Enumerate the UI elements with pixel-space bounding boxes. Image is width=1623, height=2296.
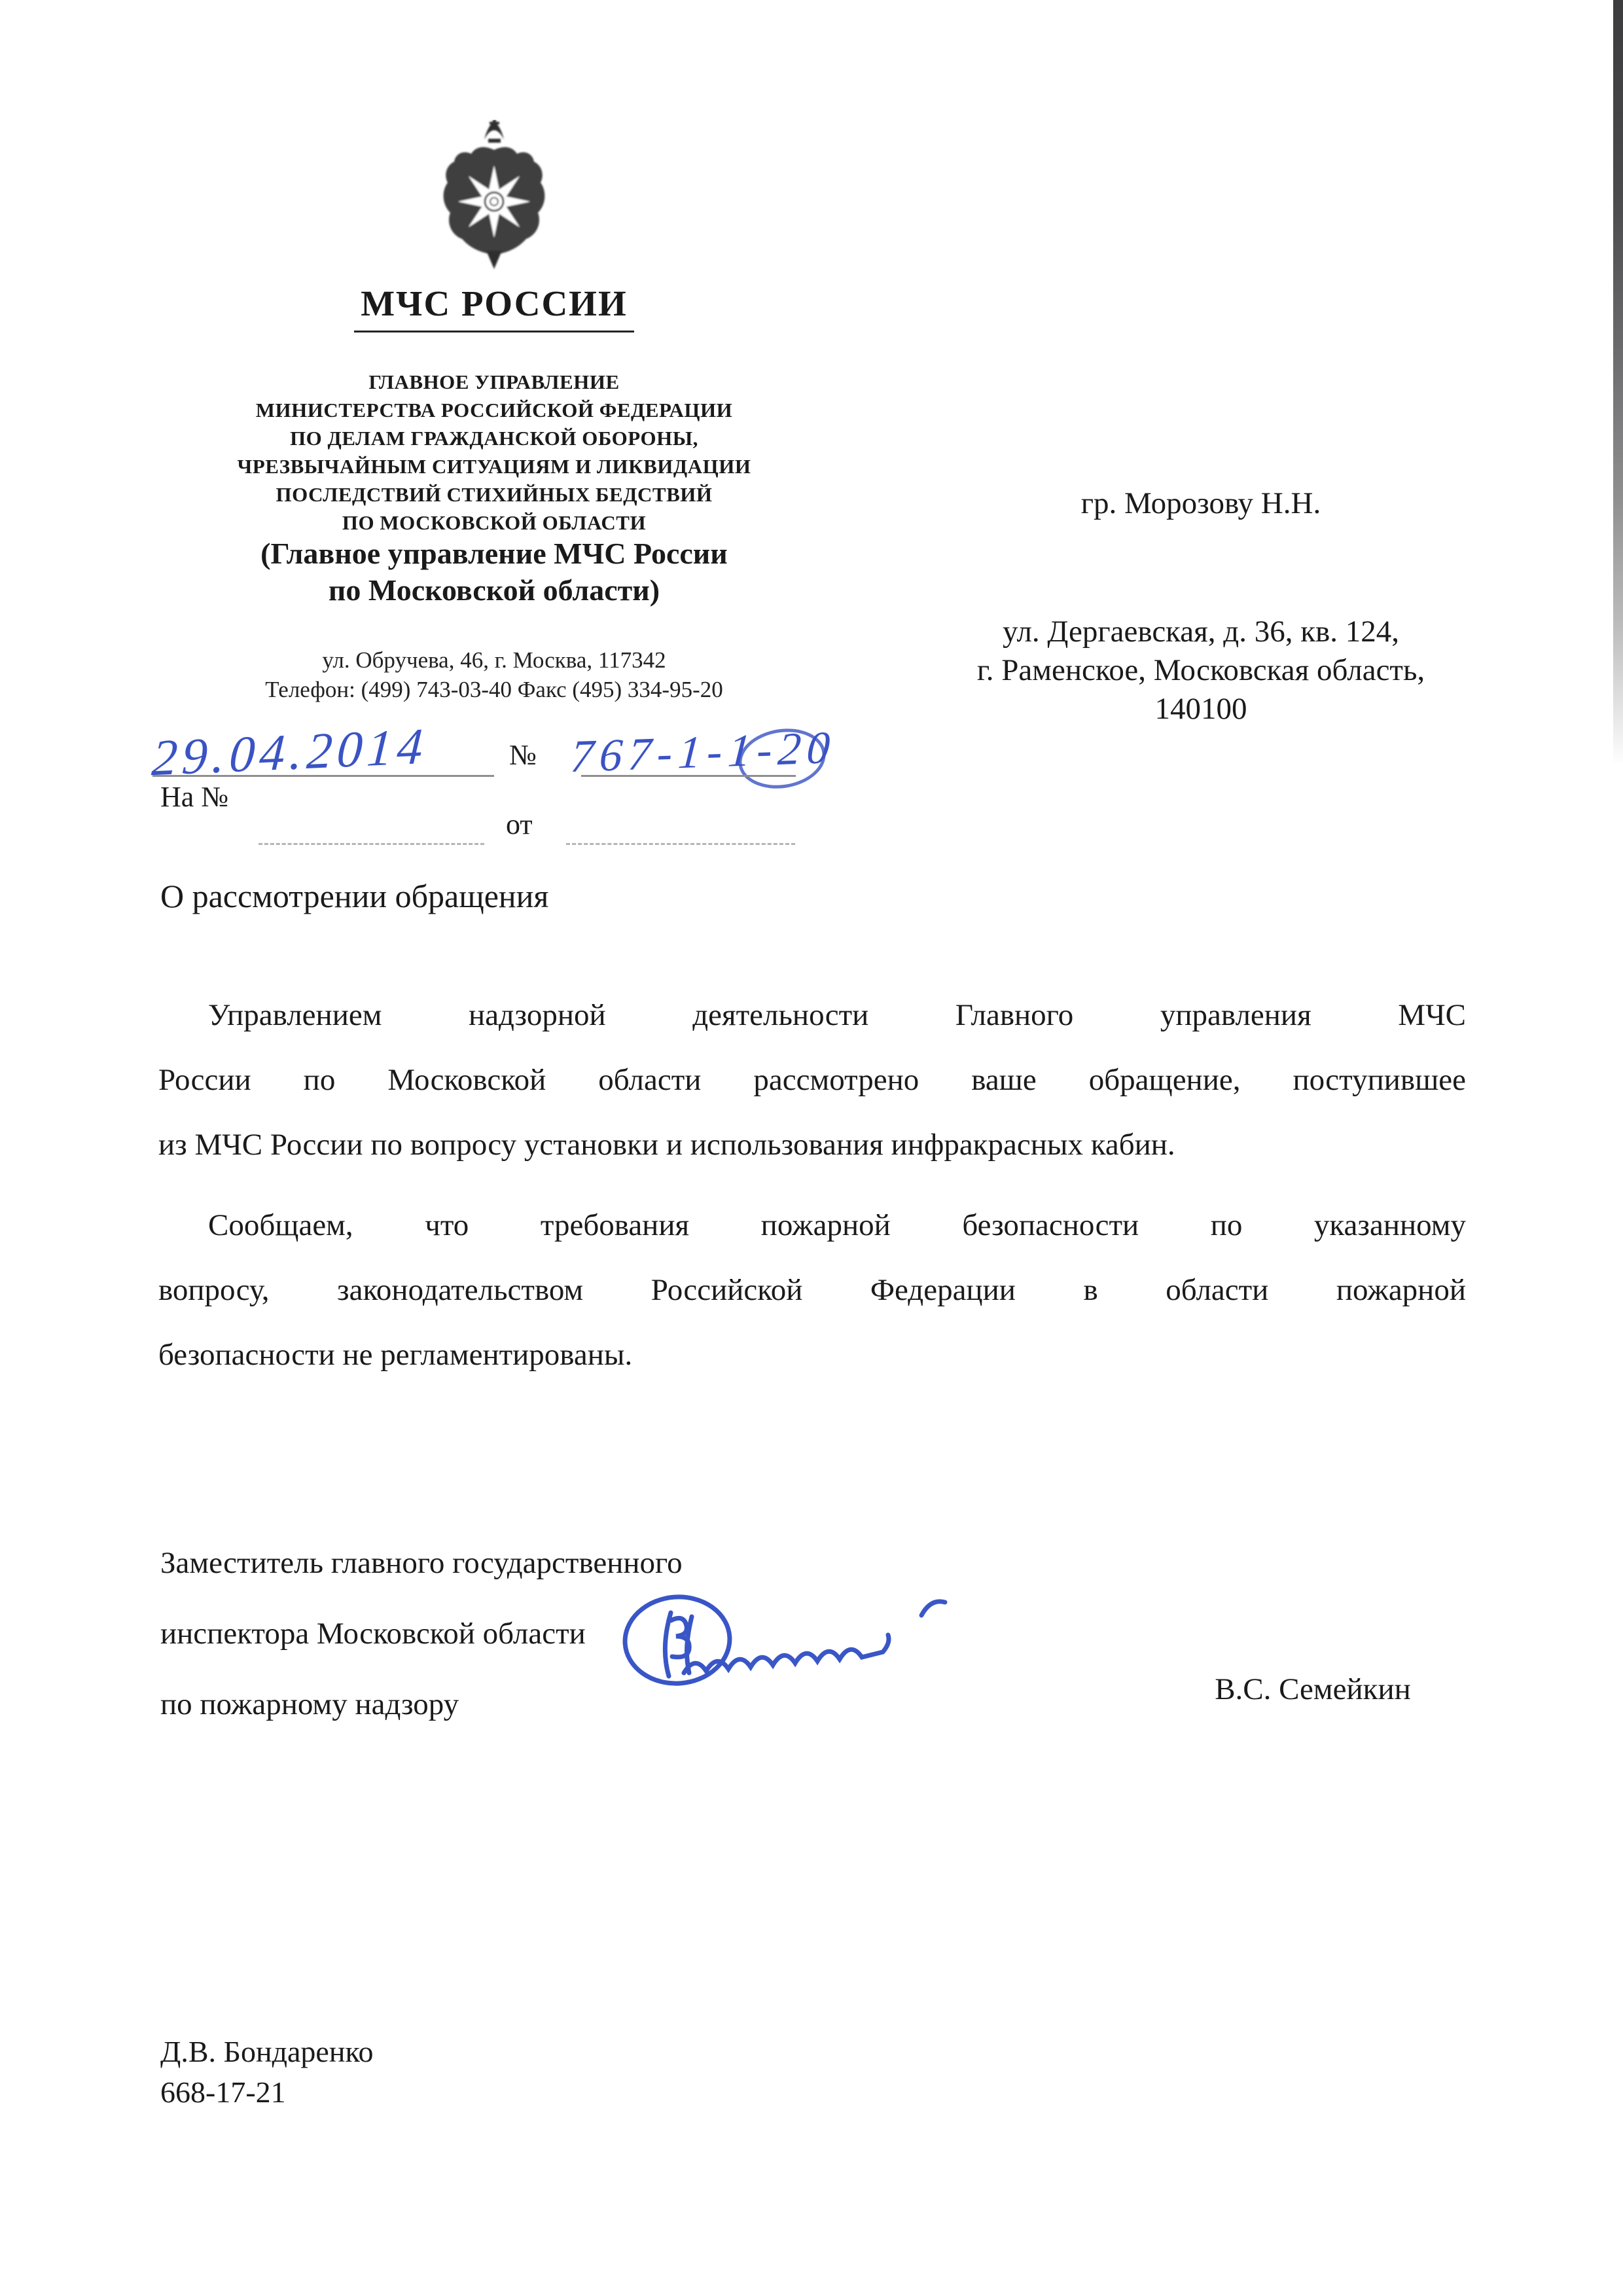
recipient-address-line: г. Раменское, Московская область, [864,651,1538,690]
org-name-line: ПО ДЕЛАМ ГРАЖДАНСКОЙ ОБОРОНЫ, [98,424,890,452]
org-short-name-block: (Главное управление МЧС Россиипо Московс… [98,535,890,609]
handwritten-date: 29.04.2014 [150,717,429,788]
recipient-address-block: ул. Дергаевская, д. 36, кв. 124,г. Рамен… [864,613,1538,728]
recipient-name: гр. Морозову Н.Н. [870,486,1531,521]
number-underline [581,775,796,777]
org-short-name-line: (Главное управление МЧС России [98,535,890,572]
recipient-address-line: 140100 [864,690,1538,728]
scanned-letter-page: МЧС РОССИИ ГЛАВНОЕ УПРАВЛЕНИЕМИНИСТЕРСТВ… [0,0,1623,2296]
date-underline [152,775,494,777]
org-name-line: ЧРЕЗВЫЧАЙНЫМ СИТУАЦИЯМ И ЛИКВИДАЦИИ [98,452,890,480]
number-label: № [509,738,537,772]
body-line: безопасности не регламентированы. [158,1323,1466,1388]
incoming-date-blank [566,843,795,845]
org-name-line: ПО МОСКОВСКОЙ ОБЛАСТИ [98,509,890,537]
org-name-line: МИНИСТЕРСТВА РОССИЙСКОЙ ФЕДЕРАЦИИ [98,396,890,424]
agency-title: МЧС РОССИИ [98,283,890,332]
body-line: вопросу, законодательством Российской Фе… [158,1258,1466,1323]
org-address-line: ул. Обручева, 46, г. Москва, 117342 [98,645,890,675]
body-line: Сообщаем, что требования пожарной безопа… [158,1193,1466,1258]
executor-block: Д.В. Бондаренко 668-17-21 [160,2032,373,2113]
org-short-name-line: по Московской области) [98,572,890,609]
scan-edge-artifact [1613,0,1623,766]
org-contact-block: ул. Обручева, 46, г. Москва, 117342 Теле… [98,645,890,704]
body-paragraph: Управлением надзорной деятельности Главн… [158,983,1466,1177]
incoming-date-label: от [506,808,533,841]
body-line: Управлением надзорной деятельности Главн… [158,983,1466,1048]
incoming-number-label: На № [160,780,228,814]
recipient-address-line: ул. Дергаевская, д. 36, кв. 124, [864,613,1538,651]
body-paragraph: Сообщаем, что требования пожарной безопа… [158,1193,1466,1388]
incoming-number-blank [259,843,484,845]
signature-scribble-icon [609,1575,962,1699]
org-name-line: ПОСЛЕДСТВИЙ СТИХИЙНЫХ БЕДСТВИЙ [98,480,890,509]
subject-line: О рассмотрении обращения [160,877,548,915]
agency-title-text: МЧС РОССИИ [354,283,633,332]
org-name-line: ГЛАВНОЕ УПРАВЛЕНИЕ [98,368,890,396]
mchs-emblem-icon [437,120,552,270]
body-line: из МЧС России по вопросу установки и исп… [158,1113,1466,1177]
executor-name: Д.В. Бондаренко [160,2032,373,2072]
executor-phone: 668-17-21 [160,2072,373,2113]
signer-name: В.С. Семейкин [1143,1672,1483,1707]
org-phone-line: Телефон: (499) 743-03-40 Факс (495) 334-… [98,675,890,704]
body-line: России по Московской области рассмотрено… [158,1048,1466,1113]
body-text: Управлением надзорной деятельности Главн… [158,983,1466,1403]
org-name-block: ГЛАВНОЕ УПРАВЛЕНИЕМИНИСТЕРСТВА РОССИЙСКО… [98,368,890,537]
